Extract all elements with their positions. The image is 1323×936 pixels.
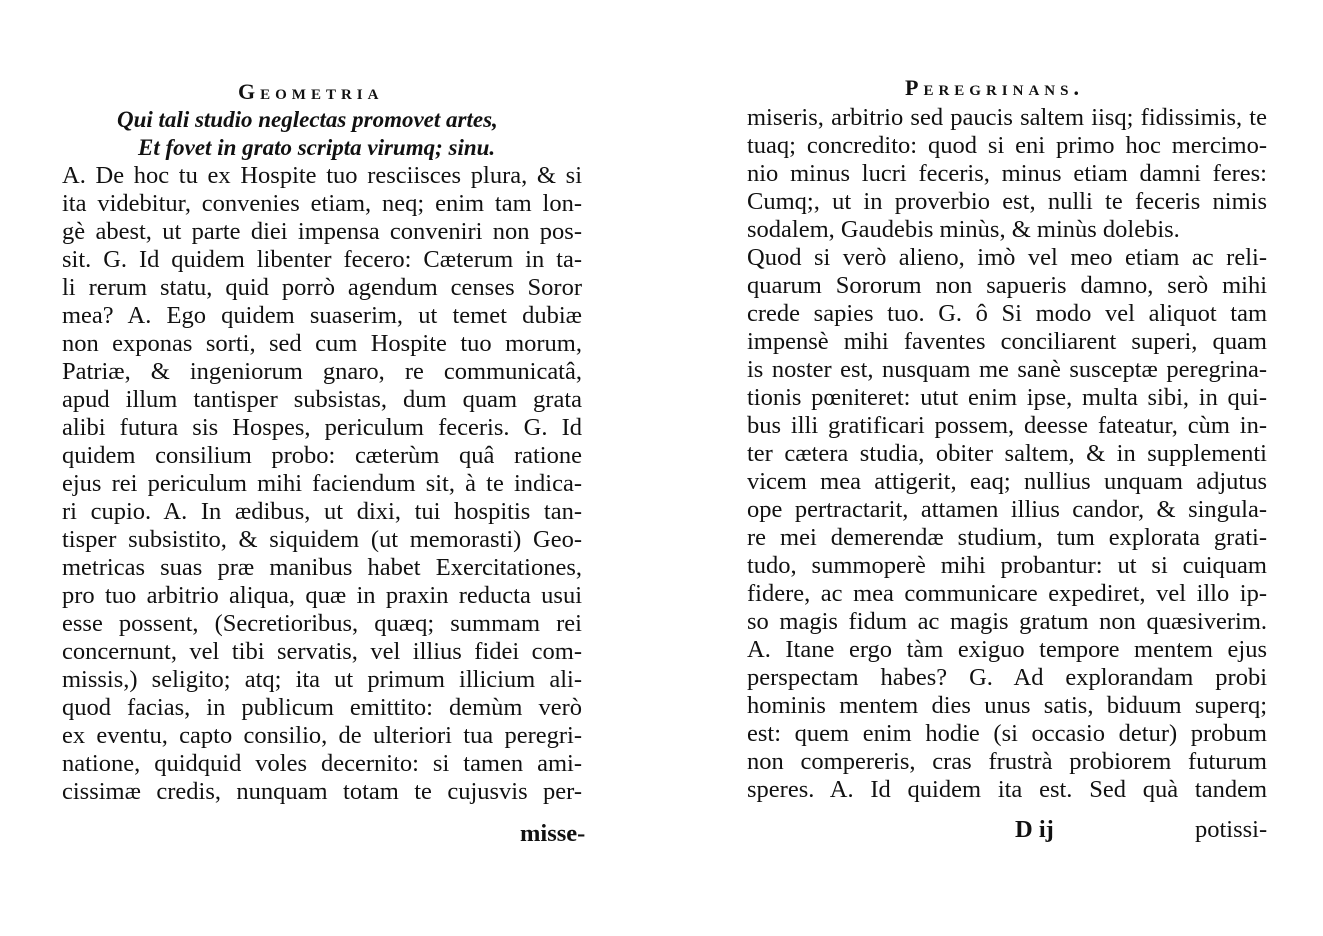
text-line: nio minus lucri feceris, minus etiam dam… — [747, 160, 1267, 188]
text-line: crede sapies tuo. G. ô Si modo vel aliqu… — [747, 300, 1267, 328]
text-line: ita videbitur, convenies etiam, neq; eni… — [62, 190, 582, 218]
text-line: tudo, summoperè mihi probantur: ut si cu… — [747, 552, 1267, 580]
text-line: Quod si verò alieno, imò vel meo etiam a… — [747, 244, 1267, 272]
motto-line-2: Et fovet in grato scripta virumq; sinu. — [138, 134, 495, 162]
text-line: quod facias, in publicum emittito: demùm… — [62, 694, 582, 722]
right-page-body: miseris, arbitrio sed paucis saltem iisq… — [747, 104, 1267, 804]
left-page-body: A. De hoc tu ex Hospite tuo resciisces p… — [62, 162, 582, 806]
text-line: sit. G. Id quidem libenter fecero: Cæter… — [62, 246, 582, 274]
text-line: esse possent, (Secretioribus, quæq; summ… — [62, 610, 582, 638]
left-page: Geometria Qui tali studio neglectas prom… — [0, 0, 640, 936]
text-line: non exponas sorti, sed cum Hospite tuo m… — [62, 330, 582, 358]
text-line: is noster est, nusquam me sanè susceptæ … — [747, 356, 1267, 384]
text-line: tionis pœniteret: utut enim ipse, multa … — [747, 384, 1267, 412]
text-line: speres. A. Id quidem ita est. Sed quà ta… — [747, 776, 1267, 804]
text-line: alibi futura sis Hospes, periculum fecer… — [62, 414, 582, 442]
text-line: ope pertractarit, attamen illius candor,… — [747, 496, 1267, 524]
text-line: fidere, ac mea communicare expediret, ve… — [747, 580, 1267, 608]
catchword-right: potissi- — [1195, 816, 1267, 844]
text-line: ex eventu, capto consilio, de ulteriori … — [62, 722, 582, 750]
text-line: quidem consilium probo: cæterùm quâ rati… — [62, 442, 582, 470]
text-line: Cumq;, ut in proverbio est, nulli te fec… — [747, 188, 1267, 216]
text-line: Patriæ, & ingeniorum gnaro, re communica… — [62, 358, 582, 386]
text-line: vicem mea attigerit, eaq; nullius unquam… — [747, 468, 1267, 496]
text-line: cissimæ credis, nunquam totam te cujusvi… — [62, 778, 582, 806]
signature-mark: D ij — [1015, 816, 1054, 844]
text-line: sodalem, Gaudebis minùs, & minùs dolebis… — [747, 216, 1267, 244]
motto-line-1: Qui tali studio neglectas promovet artes… — [117, 106, 498, 134]
text-line: non compereris, cras frustrà probiorem f… — [747, 748, 1267, 776]
text-line: natione, quidquid voles decernito: si ta… — [62, 750, 582, 778]
text-line: tisper subsistito, & siquidem (ut memora… — [62, 526, 582, 554]
text-line: hominis mentem dies unus satis, biduum s… — [747, 692, 1267, 720]
text-line: tuaq; concredito: quod si eni primo hoc … — [747, 132, 1267, 160]
text-line: A. De hoc tu ex Hospite tuo resciisces p… — [62, 162, 582, 190]
text-line: concernunt, vel tibi servatis, vel illiu… — [62, 638, 582, 666]
text-line: missis,) seligito; atq; ita ut primum il… — [62, 666, 582, 694]
text-line: quarum Sororum non sapueris damno, serò … — [747, 272, 1267, 300]
text-line: impensè mihi faventes conciliarent super… — [747, 328, 1267, 356]
text-line: mea? A. Ego quidem suaserim, ut temet du… — [62, 302, 582, 330]
text-line: A. Itane ergo tàm exiguo tempore mentem … — [747, 636, 1267, 664]
right-page: Peregrinans. miseris, arbitrio sed pauci… — [680, 0, 1323, 936]
running-head-left: Geometria — [238, 80, 383, 104]
text-line: pro tuo arbitrio aliqua, quæ in praxin r… — [62, 582, 582, 610]
text-line: perspectam habes? G. Ad explorandam prob… — [747, 664, 1267, 692]
text-line: bus illi gratificari possem, deesse fate… — [747, 412, 1267, 440]
text-line: ejus rei periculum mihi faciendum sit, à… — [62, 470, 582, 498]
text-line: so magis fidum ac magis gratum non quæsi… — [747, 608, 1267, 636]
text-line: miseris, arbitrio sed paucis saltem iisq… — [747, 104, 1267, 132]
text-line: est: quem enim hodie (si occasio detur) … — [747, 720, 1267, 748]
running-head-right: Peregrinans. — [905, 76, 1084, 100]
text-line: re mei demerendæ studium, tum explorata … — [747, 524, 1267, 552]
text-line: metricas suas præ manibus habet Exercita… — [62, 554, 582, 582]
text-line: apud illum tantisper subsistas, dum quam… — [62, 386, 582, 414]
text-line: li rerum statu, quid porrò agendum cense… — [62, 274, 582, 302]
text-line: ri cupio. A. In ædibus, ut dixi, tui hos… — [62, 498, 582, 526]
text-line: gè abest, ut parte diei impensa convenir… — [62, 218, 582, 246]
catchword-left: misse- — [520, 820, 585, 848]
text-line: ter cætera studia, obiter saltem, & in s… — [747, 440, 1267, 468]
